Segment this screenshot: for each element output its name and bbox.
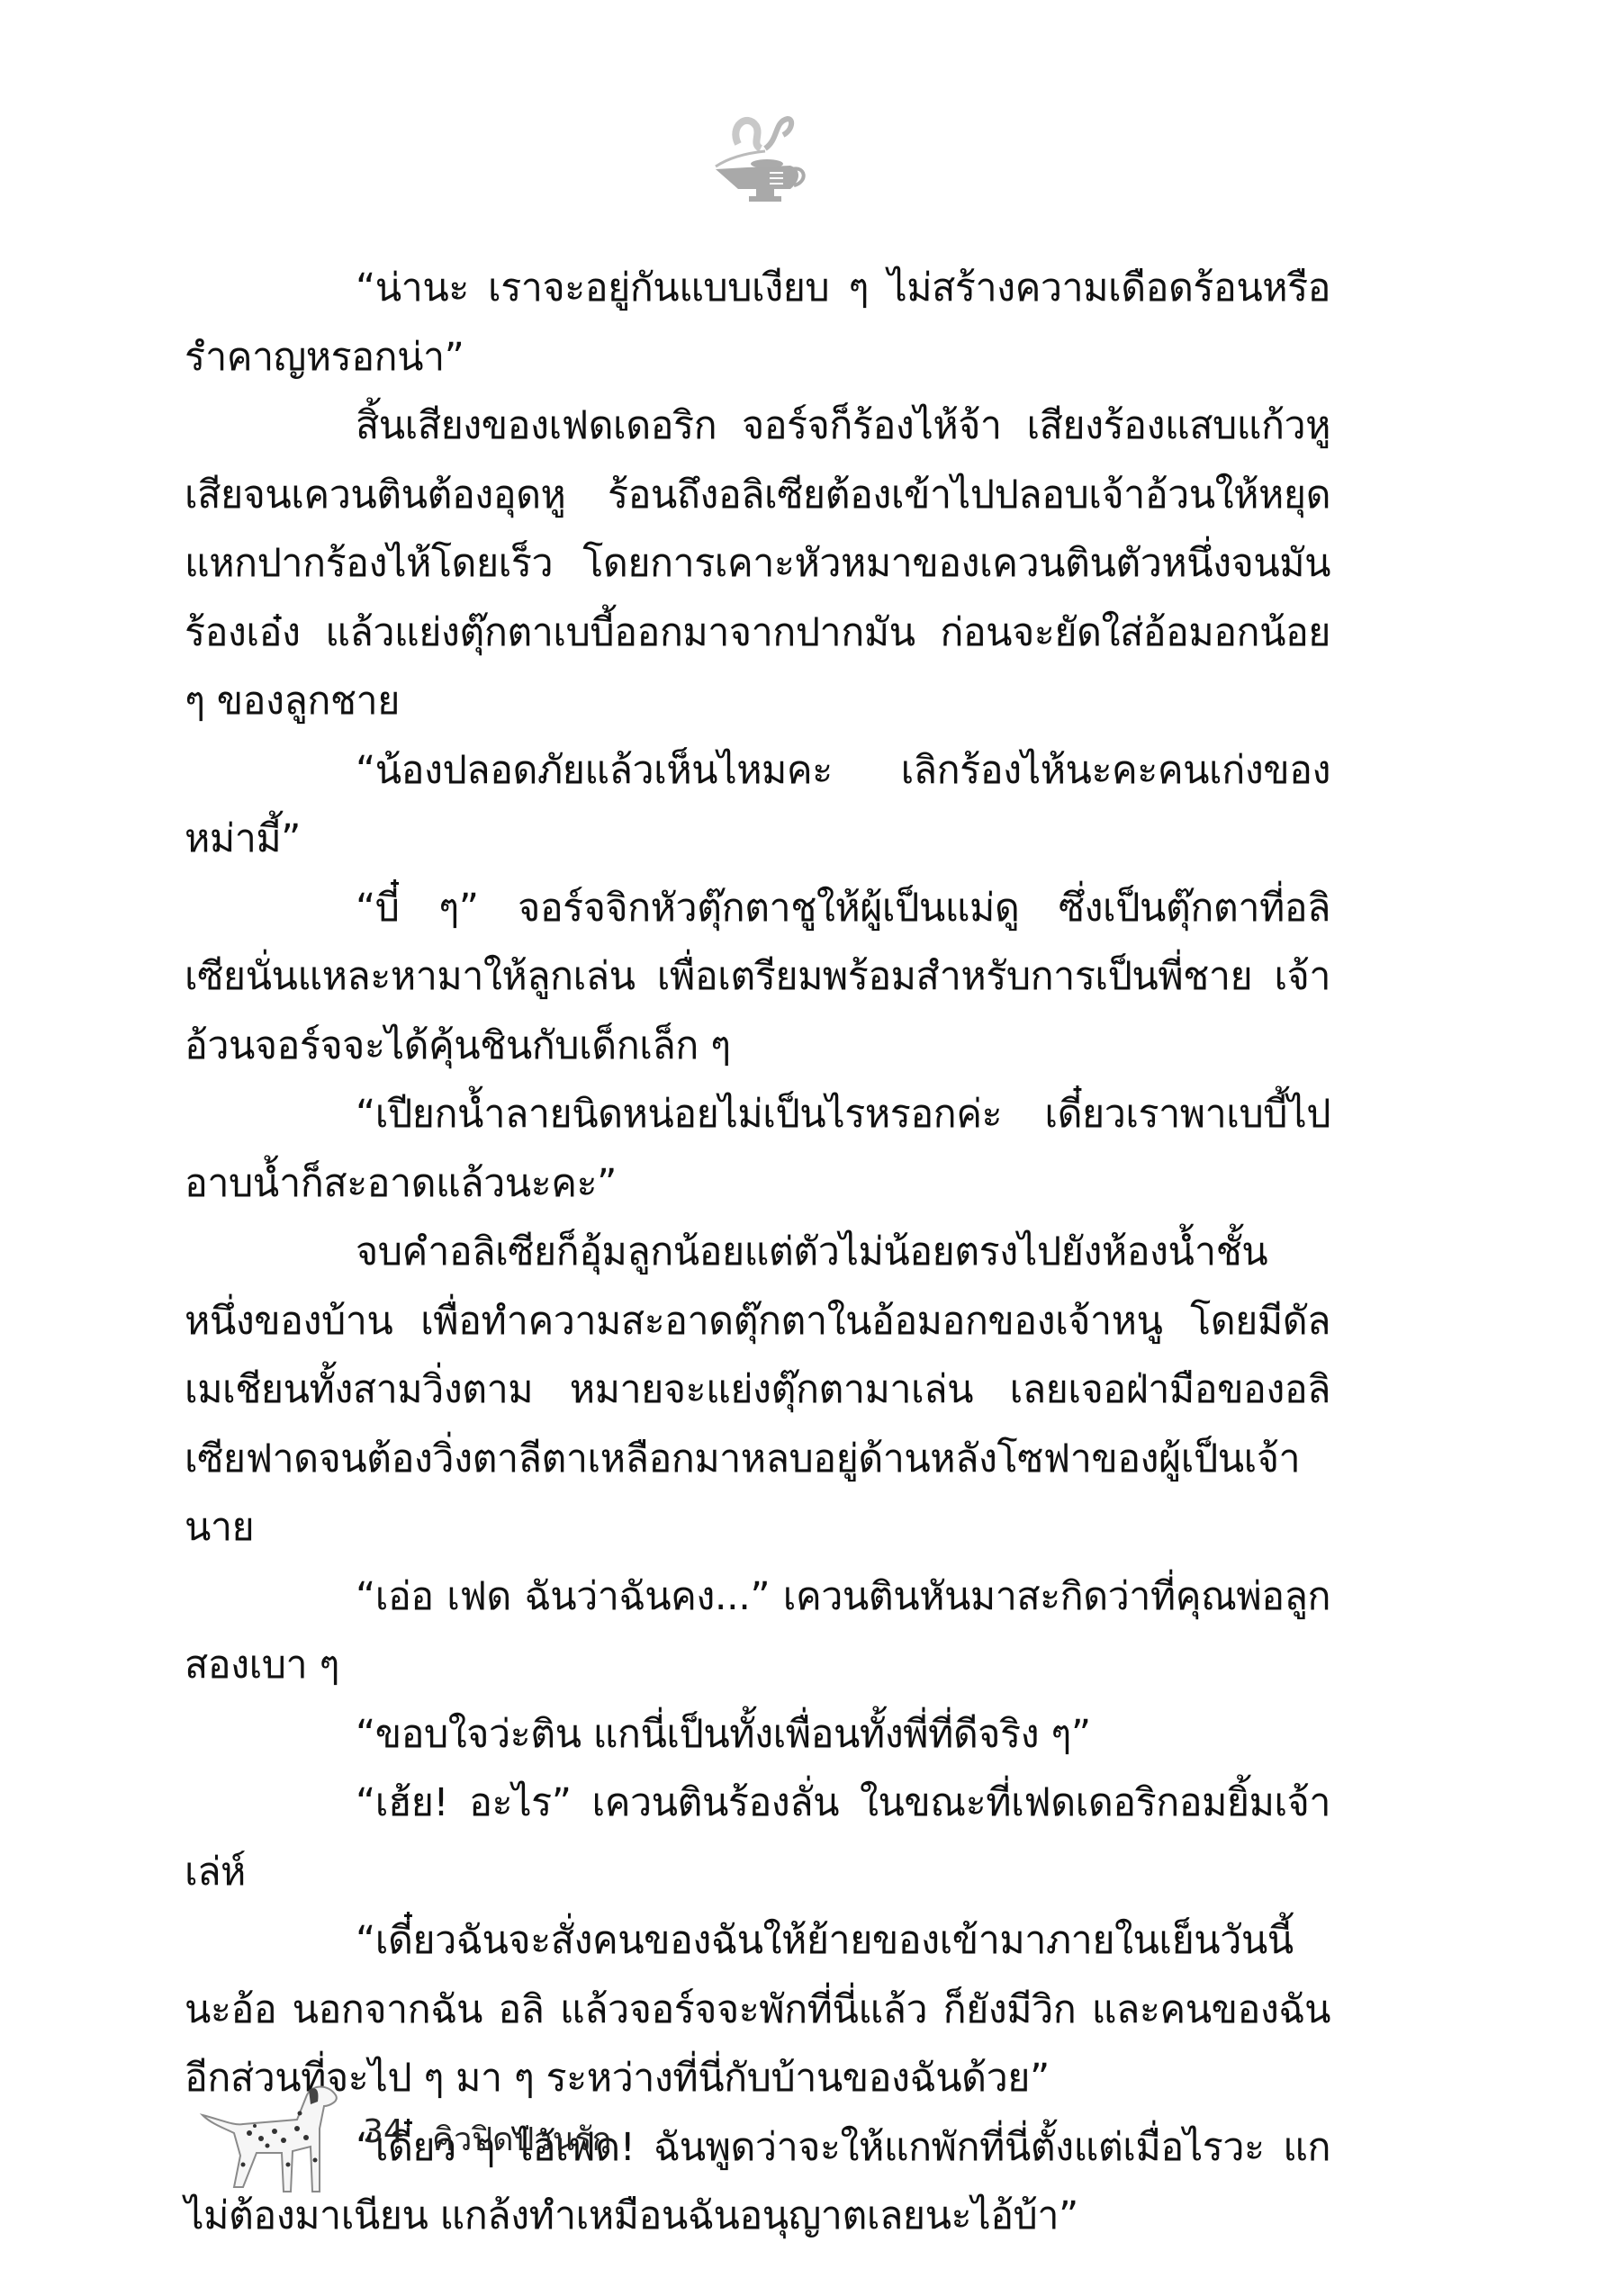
- book-title: คิวปิดป่วนรัก: [432, 2113, 611, 2165]
- page-number: 34: [363, 2113, 404, 2150]
- paragraph: “เฮ้ย! อะไร” เควนตินร้องลั่น ในขณะที่เฟด…: [185, 1769, 1330, 1906]
- page-footer: 34 คิวปิดป่วนรัก: [194, 2079, 734, 2205]
- paragraph: “ขอบใจว่ะติน แกนี่เป็นทั้งเพื่อนทั้งพี่ท…: [185, 1700, 1330, 1769]
- paragraph: จบคำอลิเซียก็อุ้มลูกน้อยแต่ตัวไม่น้อยตรง…: [185, 1218, 1330, 1562]
- genie-lamp-icon: [711, 108, 819, 207]
- paragraph: “น้องปลอดภัยแล้วเห็นไหมคะ เลิกร้องไห้นะค…: [185, 736, 1330, 874]
- paragraph: “บี๋ ๆ” จอร์จจิกหัวตุ๊กตาชูให้ผู้เป็นแม่…: [185, 874, 1330, 1081]
- paragraph: สิ้นเสียงของเฟดเดอริก จอร์จก็ร้องไห้จ้า …: [185, 392, 1330, 736]
- dalmatian-dog-icon: [194, 2079, 347, 2205]
- paragraph: “เปียกน้ำลายนิดหน่อยไม่เป็นไรหรอกค่ะ เดี…: [185, 1080, 1330, 1218]
- body-text: “น่านะ เราจะอยู่กันแบบเงียบ ๆ ไม่สร้างคว…: [185, 254, 1330, 2251]
- paragraph: “น่านะ เราจะอยู่กันแบบเงียบ ๆ ไม่สร้างคว…: [185, 254, 1330, 392]
- paragraph: “เอ่อ เฟด ฉันว่าฉันคง...” เควนตินหันมาสะ…: [185, 1562, 1330, 1700]
